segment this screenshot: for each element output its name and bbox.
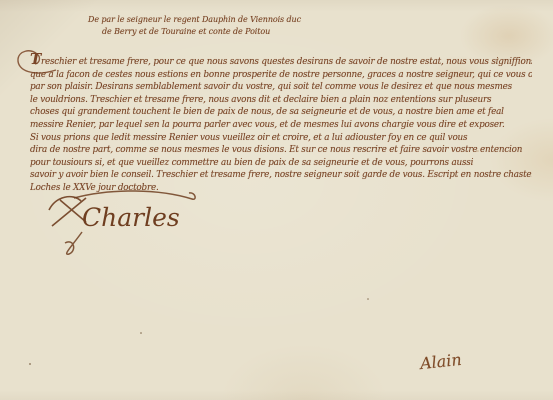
manuscript-page: De par le seigneur le regent Dauphin de …	[0, 0, 553, 400]
address-header: De par le seigneur le regent Dauphin de …	[88, 14, 388, 37]
header-line-1: De par le seigneur le regent Dauphin de …	[88, 14, 388, 26]
header-line-2: de Berry et de Touraine et conte de Poit…	[88, 26, 388, 38]
signature-block: Charles	[40, 186, 230, 264]
secretary-signature: Alain	[419, 350, 462, 373]
paper-speck	[140, 332, 142, 334]
body-line: que a la facon de cestes nous estions en…	[30, 69, 532, 82]
body-line: messire Renier, par lequel sen la pourra…	[30, 119, 532, 132]
body-line: Si vous prions que ledit messire Renier …	[30, 132, 532, 145]
body-line: dira de nostre part, comme se nous mesme…	[30, 144, 532, 157]
letter-body: Treschier et tresame frere, pour ce que …	[30, 53, 532, 195]
body-line: par son plaisir. Desirans semblablement …	[30, 81, 532, 94]
body-line: Treschier et tresame frere, pour ce que …	[30, 53, 532, 69]
signature-flourish: Charles	[40, 186, 230, 264]
body-line: savoir y avoir bien le conseil. Treschie…	[30, 169, 532, 182]
body-line: pour tousiours si, et que vueillez comme…	[30, 157, 532, 170]
body-line: le vouldrions. Treschier et tresame frer…	[30, 94, 532, 107]
paper-speck	[29, 363, 31, 365]
body-line: choses qui grandement touchent le bien d…	[30, 106, 532, 119]
signature-name: Charles	[82, 203, 180, 232]
paper-speck	[367, 298, 369, 300]
